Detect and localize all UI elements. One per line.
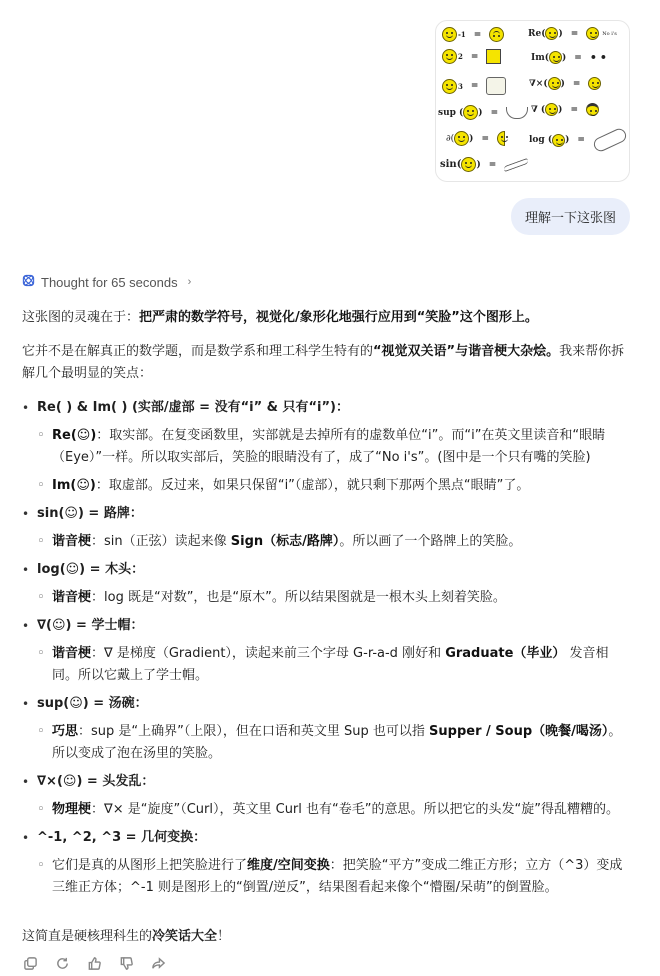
list-item-grad: ∇(☺) = 学士帽： 谐音梗：∇ 是梯度（Gradient），读起来前三个字母… [22, 615, 634, 687]
smiley-icon [552, 134, 565, 147]
cube-smiley-icon [486, 77, 506, 95]
thumbs-down-icon [119, 956, 134, 971]
joke-list: Re( ) & Im( ) (实部/虚部 = 没有“i” & 只有“i”)： R… [22, 397, 634, 899]
smiley-icon [548, 77, 561, 90]
smiley-icon [454, 131, 469, 146]
graduate-cap-smiley-icon [586, 103, 599, 116]
upside-down-smiley-icon [489, 27, 504, 42]
joke-re: Re( ) = No i's [528, 27, 617, 40]
assistant-answer: 这张图的灵魂在于：把严肃的数学符号，视觉化/象形化地强行应用到“笑脸”这个图形上… [22, 307, 634, 905]
regenerate-button[interactable] [54, 955, 70, 971]
answer-paragraph-2: 它并不是在解真正的数学题，而是数学系和理工科学生特有的“视觉双关语”与谐音梗大杂… [22, 341, 634, 385]
sub-item: Re(☺)：取实部。在复变函数里，实部就是去掉所有的虚数单位“i”。而“i”在英… [37, 425, 634, 469]
wood-log-icon [592, 126, 629, 153]
smiley-icon [545, 27, 558, 40]
like-button[interactable] [86, 955, 102, 971]
list-item-sin: sin(☺) = 路牌： 谐音梗：sin（正弦）读起来像 Sign（标志/路牌）… [22, 503, 634, 553]
list-item-re-im: Re( ) & Im( ) (实部/虚部 = 没有“i” & 只有“i”)： R… [22, 397, 634, 497]
smiley-icon [442, 79, 457, 94]
joke-log: log ( ) = [529, 133, 627, 147]
attached-image[interactable]: -1 = 2 = 3 = sup ( ) = ∂( ) = [435, 20, 630, 182]
refresh-icon [55, 956, 70, 971]
sub-item: 巧思：sup 是“上确界”（上限），但在口语和英文里 Sup 也可以指 Supp… [37, 721, 634, 765]
joke-sup: sup ( ) = [438, 105, 528, 120]
sub-item: Im(☺)：取虚部。反过来，如果只保留“i”（虚部），就只剩下那两个黑点“眼睛”… [37, 475, 634, 497]
half-smiley-icon [497, 131, 505, 146]
joke-curl: ∇×( ) = [529, 77, 601, 90]
copy-button[interactable] [22, 955, 38, 971]
joke-im: Im( ) = •• [531, 51, 610, 64]
list-item-powers: ^-1, ^2, ^3 = 几何变换： 它们是真的从图形上把笑脸进行了维度/空间… [22, 827, 634, 899]
thought-toggle[interactable]: Thought for 65 seconds › [22, 274, 191, 290]
list-item-log: log(☺) = 木头： 谐音梗：log 既是“对数”，也是“原木”。所以结果图… [22, 559, 634, 609]
joke-cube: 3 = [442, 77, 506, 95]
joke-inverse: -1 = [442, 27, 504, 42]
soup-bowl-icon [506, 107, 528, 119]
smiley-icon [442, 49, 457, 64]
closing-line: 这简直是硬核理科生的冷笑话大全！ [22, 925, 230, 944]
joke-square: 2 = [442, 49, 501, 64]
message-actions [22, 955, 166, 971]
road-sign-icon [504, 157, 528, 172]
no-eyes-smiley-icon [586, 27, 599, 40]
sub-item: 物理梗：∇× 是“旋度”（Curl），英文里 Curl 也有“卷毛”的意思。所以… [37, 799, 634, 821]
curly-hair-smiley-icon [588, 77, 601, 90]
atom-icon [22, 274, 35, 290]
answer-paragraph-1: 这张图的灵魂在于：把严肃的数学符号，视觉化/象形化地强行应用到“笑脸”这个图形上… [22, 307, 634, 329]
smiley-icon [545, 103, 558, 116]
share-button[interactable] [150, 955, 166, 971]
user-message: -1 = 2 = 3 = sup ( ) = ∂( ) = [435, 20, 630, 235]
copy-icon [23, 956, 38, 971]
thought-label: Thought for 65 seconds [41, 275, 178, 290]
sub-item: 它们是真的从图形上把笑脸进行了维度/空间变换：把笑脸“平方”变成二维正方形；立方… [37, 855, 634, 899]
user-message-bubble: 理解一下这张图 [511, 198, 630, 235]
smiley-icon [442, 27, 457, 42]
dislike-button[interactable] [118, 955, 134, 971]
sub-item: 谐音梗：log 既是“对数”，也是“原木”。所以结果图就是一根木头上刻着笑脸。 [37, 587, 634, 609]
list-item-curl: ∇×(☺) = 头发乱： 物理梗：∇× 是“旋度”（Curl），英文里 Curl… [22, 771, 634, 821]
square-smiley-icon [486, 49, 501, 64]
list-item-sup: sup(☺) = 汤碗： 巧思：sup 是“上确界”（上限），但在口语和英文里 … [22, 693, 634, 765]
smiley-icon [463, 105, 478, 120]
joke-sin: sin( ) = [440, 157, 528, 172]
sub-item: 谐音梗：∇ 是梯度（Gradient），读起来前三个字母 G-r-a-d 刚好和… [37, 643, 634, 687]
chevron-right-icon: › [188, 276, 192, 288]
share-icon [151, 956, 166, 971]
eyes-only-icon: •• [590, 51, 610, 64]
joke-grad: ∇ ( ) = [531, 103, 599, 116]
smiley-icon [549, 51, 562, 64]
joke-partial: ∂( ) = [446, 131, 505, 146]
sub-item: 谐音梗：sin（正弦）读起来像 Sign（标志/路牌）。所以画了一个路牌上的笑脸… [37, 531, 634, 553]
smiley-icon [461, 157, 476, 172]
thumbs-up-icon [87, 956, 102, 971]
